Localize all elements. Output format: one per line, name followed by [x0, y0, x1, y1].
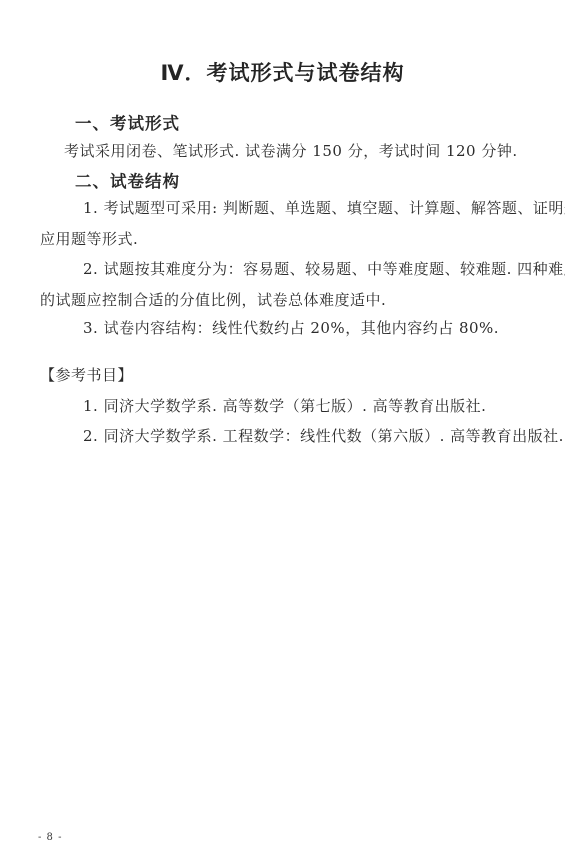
- exam-format-body: 考试采用闭卷、笔试形式. 试卷满分 150 分，考试时间 120 分钟.: [64, 140, 518, 161]
- paper-structure-item-2-line-2: 的试题应控制合适的分值比例，试卷总体难度适中.: [40, 289, 386, 310]
- document-page: Ⅳ．考试形式与试卷结构 一、考试形式 考试采用闭卷、笔试形式. 试卷满分 150…: [0, 0, 565, 850]
- section-heading-paper-structure: 二、试卷结构: [75, 168, 180, 192]
- page-title: Ⅳ．考试形式与试卷结构: [0, 57, 565, 87]
- reference-item-2: 2. 同济大学数学系. 工程数学：线性代数（第六版）. 高等教育出版社.: [83, 425, 564, 446]
- section-heading-exam-format: 一、考试形式: [75, 110, 180, 134]
- paper-structure-item-1-line-2: 应用题等形式.: [40, 228, 138, 249]
- references-heading: 【参考书目】: [40, 364, 133, 385]
- reference-item-1: 1. 同济大学数学系. 高等数学（第七版）. 高等教育出版社.: [83, 395, 486, 416]
- paper-structure-item-2-line-1: 2. 试题按其难度分为：容易题、较易题、中等难度题、较难题. 四种难度: [83, 258, 565, 279]
- page-number: - 8 -: [38, 832, 62, 843]
- paper-structure-item-3: 3. 试卷内容结构：线性代数约占 20%，其他内容约占 80%.: [83, 317, 499, 338]
- paper-structure-item-1-line-1: 1. 考试题型可采用: 判断题、单选题、填空题、计算题、解答题、证明题、: [83, 197, 565, 218]
